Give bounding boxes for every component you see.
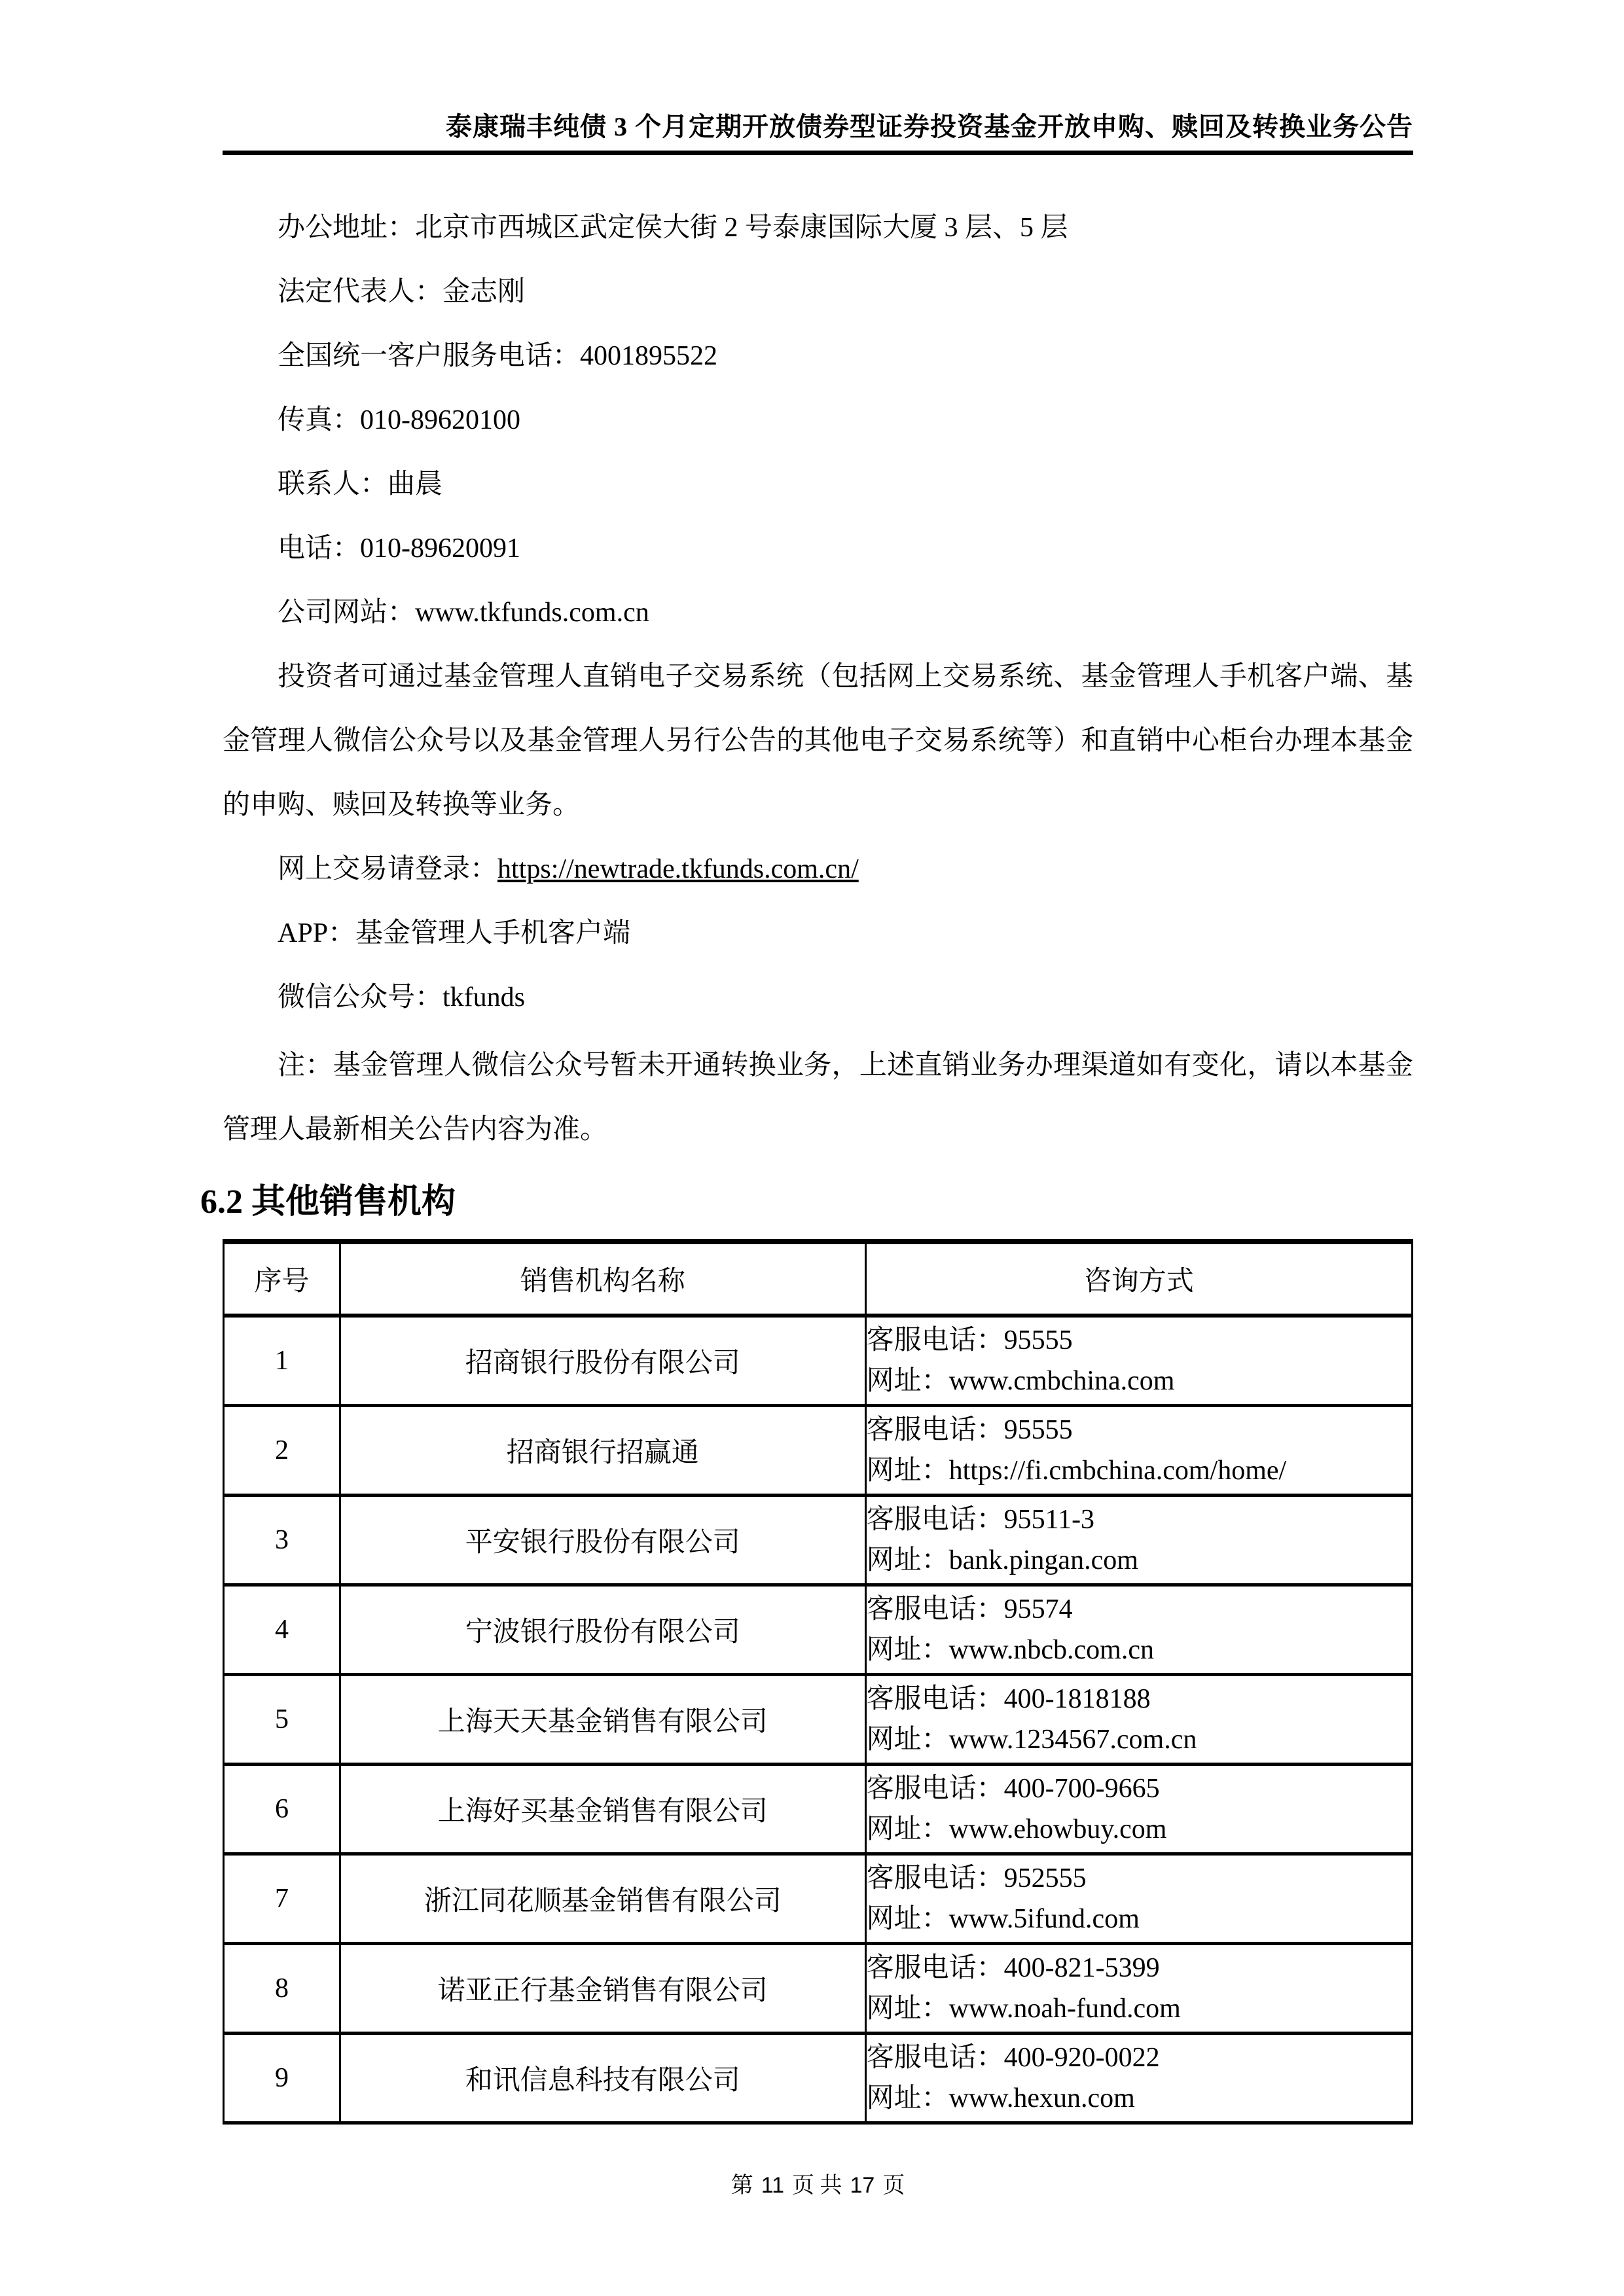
row-no: 8 [224,1944,340,2034]
row-name: 上海好买基金销售有限公司 [340,1765,865,1854]
table-row: 6 上海好买基金销售有限公司 客服电话：400-700-9665 网址：www.… [224,1765,1413,1854]
col-header-no: 序号 [224,1242,340,1316]
table-row: 3 平安银行股份有限公司 客服电话：95511-3 网址：bank.pingan… [224,1496,1413,1585]
row-phone: 客服电话：95555 [867,1410,1411,1450]
row-no: 3 [224,1496,340,1585]
row-phone: 客服电话：952555 [867,1858,1411,1899]
page-number-footer: 第11页 共17页 [223,2169,1413,2202]
table-row: 4 宁波银行股份有限公司 客服电话：95574 网址：www.nbcb.com.… [224,1585,1413,1675]
row-site: 网址：www.nbcb.com.cn [867,1630,1411,1670]
row-name: 和讯信息科技有限公司 [340,2034,865,2123]
row-phone: 客服电话：95555 [867,1320,1411,1361]
row-no: 7 [224,1854,340,1944]
row-contact: 客服电话：95511-3 网址：bank.pingan.com [865,1496,1412,1585]
row-contact: 客服电话：952555 网址：www.5ifund.com [865,1854,1412,1944]
online-trade-label: 网上交易请登录： [278,854,497,884]
row-no: 4 [224,1585,340,1675]
col-header-name: 销售机构名称 [340,1242,865,1316]
table-header-row: 序号 销售机构名称 咨询方式 [224,1242,1413,1316]
row-contact: 客服电话：400-1818188 网址：www.1234567.com.cn [865,1675,1412,1765]
table-row: 9 和讯信息科技有限公司 客服电话：400-920-0022 网址：www.he… [224,2034,1413,2123]
row-name: 上海天天基金销售有限公司 [340,1675,865,1765]
row-contact: 客服电话：95555 网址：https://fi.cmbchina.com/ho… [865,1406,1412,1496]
row-name: 诺亚正行基金销售有限公司 [340,1944,865,2034]
footer-prefix: 第 [731,2174,753,2198]
row-name: 宁波银行股份有限公司 [340,1585,865,1675]
row-contact: 客服电话：400-700-9665 网址：www.ehowbuy.com [865,1765,1412,1854]
row-no: 9 [224,2034,340,2123]
phone-line: 电话：010-89620091 [223,516,1413,581]
document-page: 泰康瑞丰纯债 3 个月定期开放债券型证券投资基金开放申购、赎回及转换业务公告 办… [0,0,1624,2296]
table-row: 5 上海天天基金销售有限公司 客服电话：400-1818188 网址：www.1… [224,1675,1413,1765]
row-name: 浙江同花顺基金销售有限公司 [340,1854,865,1944]
row-contact: 客服电话：400-920-0022 网址：www.hexun.com [865,2034,1412,2123]
app-line: APP：基金管理人手机客户端 [223,901,1413,965]
office-address-line: 办公地址：北京市西城区武定侯大街 2 号泰康国际大厦 3 层、5 层 [223,196,1413,260]
row-site: 网址：www.ehowbuy.com [867,1809,1411,1850]
section-heading-6-2: 6.2 其他销售机构 [200,1181,1413,1223]
row-phone: 客服电话：400-700-9665 [867,1768,1411,1809]
table-row: 1 招商银行股份有限公司 客服电话：95555 网址：www.cmbchina.… [224,1316,1413,1406]
footer-middle: 页 共 [792,2174,842,2198]
row-no: 1 [224,1316,340,1406]
table-row: 7 浙江同花顺基金销售有限公司 客服电话：952555 网址：www.5ifun… [224,1854,1413,1944]
row-no: 2 [224,1406,340,1496]
row-name: 招商银行股份有限公司 [340,1316,865,1406]
row-site: 网址：www.1234567.com.cn [867,1719,1411,1760]
legal-representative-line: 法定代表人：金志刚 [223,260,1413,324]
national-hotline-line: 全国统一客户服务电话：4001895522 [223,324,1413,388]
footer-suffix: 页 [882,2174,905,2198]
row-site: 网址：www.5ifund.com [867,1899,1411,1939]
col-header-contact: 咨询方式 [865,1242,1412,1316]
row-site: 网址：www.hexun.com [867,2078,1411,2119]
row-site: 网址：https://fi.cmbchina.com/home/ [867,1450,1411,1491]
row-phone: 客服电话：95511-3 [867,1499,1411,1540]
row-contact: 客服电话：400-821-5399 网址：www.noah-fund.com [865,1944,1412,2034]
running-head-title: 泰康瑞丰纯债 3 个月定期开放债券型证券投资基金开放申购、赎回及转换业务公告 [223,0,1413,144]
wechat-line: 微信公众号：tkfunds [223,965,1413,1030]
note-paragraph: 注：基金管理人微信公众号暂未开通转换业务，上述直销业务办理渠道如有变化，请以本基… [223,1033,1413,1162]
table-row: 2 招商银行招赢通 客服电话：95555 网址：https://fi.cmbch… [224,1406,1413,1496]
body-content: 办公地址：北京市西城区武定侯大街 2 号泰康国际大厦 3 层、5 层 法定代表人… [223,196,1413,2202]
row-phone: 客服电话：400-821-5399 [867,1948,1411,1988]
online-trade-line: 网上交易请登录：https://newtrade.tkfunds.com.cn/ [223,837,1413,901]
row-name: 招商银行招赢通 [340,1406,865,1496]
direct-sale-paragraph: 投资者可通过基金管理人直销电子交易系统（包括网上交易系统、基金管理人手机客户端、… [223,645,1413,837]
row-contact: 客服电话：95574 网址：www.nbcb.com.cn [865,1585,1412,1675]
row-phone: 客服电话：400-1818188 [867,1679,1411,1719]
row-contact: 客服电话：95555 网址：www.cmbchina.com [865,1316,1412,1406]
company-website-line: 公司网站：www.tkfunds.com.cn [223,581,1413,645]
row-no: 5 [224,1675,340,1765]
row-site: 网址：bank.pingan.com [867,1540,1411,1581]
row-site: 网址：www.cmbchina.com [867,1361,1411,1401]
row-site: 网址：www.noah-fund.com [867,1988,1411,2029]
table-row: 8 诺亚正行基金销售有限公司 客服电话：400-821-5399 网址：www.… [224,1944,1413,2034]
contact-person-line: 联系人：曲晨 [223,452,1413,516]
header-rule [223,151,1413,155]
online-trade-url-link[interactable]: https://newtrade.tkfunds.com.cn/ [497,854,859,884]
row-phone: 客服电话：95574 [867,1589,1411,1630]
row-no: 6 [224,1765,340,1854]
footer-total-pages: 17 [850,2173,875,2198]
row-phone: 客服电话：400-920-0022 [867,2037,1411,2078]
footer-page-number: 11 [761,2173,784,2198]
row-name: 平安银行股份有限公司 [340,1496,865,1585]
fax-line: 传真：010-89620100 [223,388,1413,452]
sales-agencies-table: 序号 销售机构名称 咨询方式 1 招商银行股份有限公司 客服电话：95555 网… [223,1239,1413,2125]
